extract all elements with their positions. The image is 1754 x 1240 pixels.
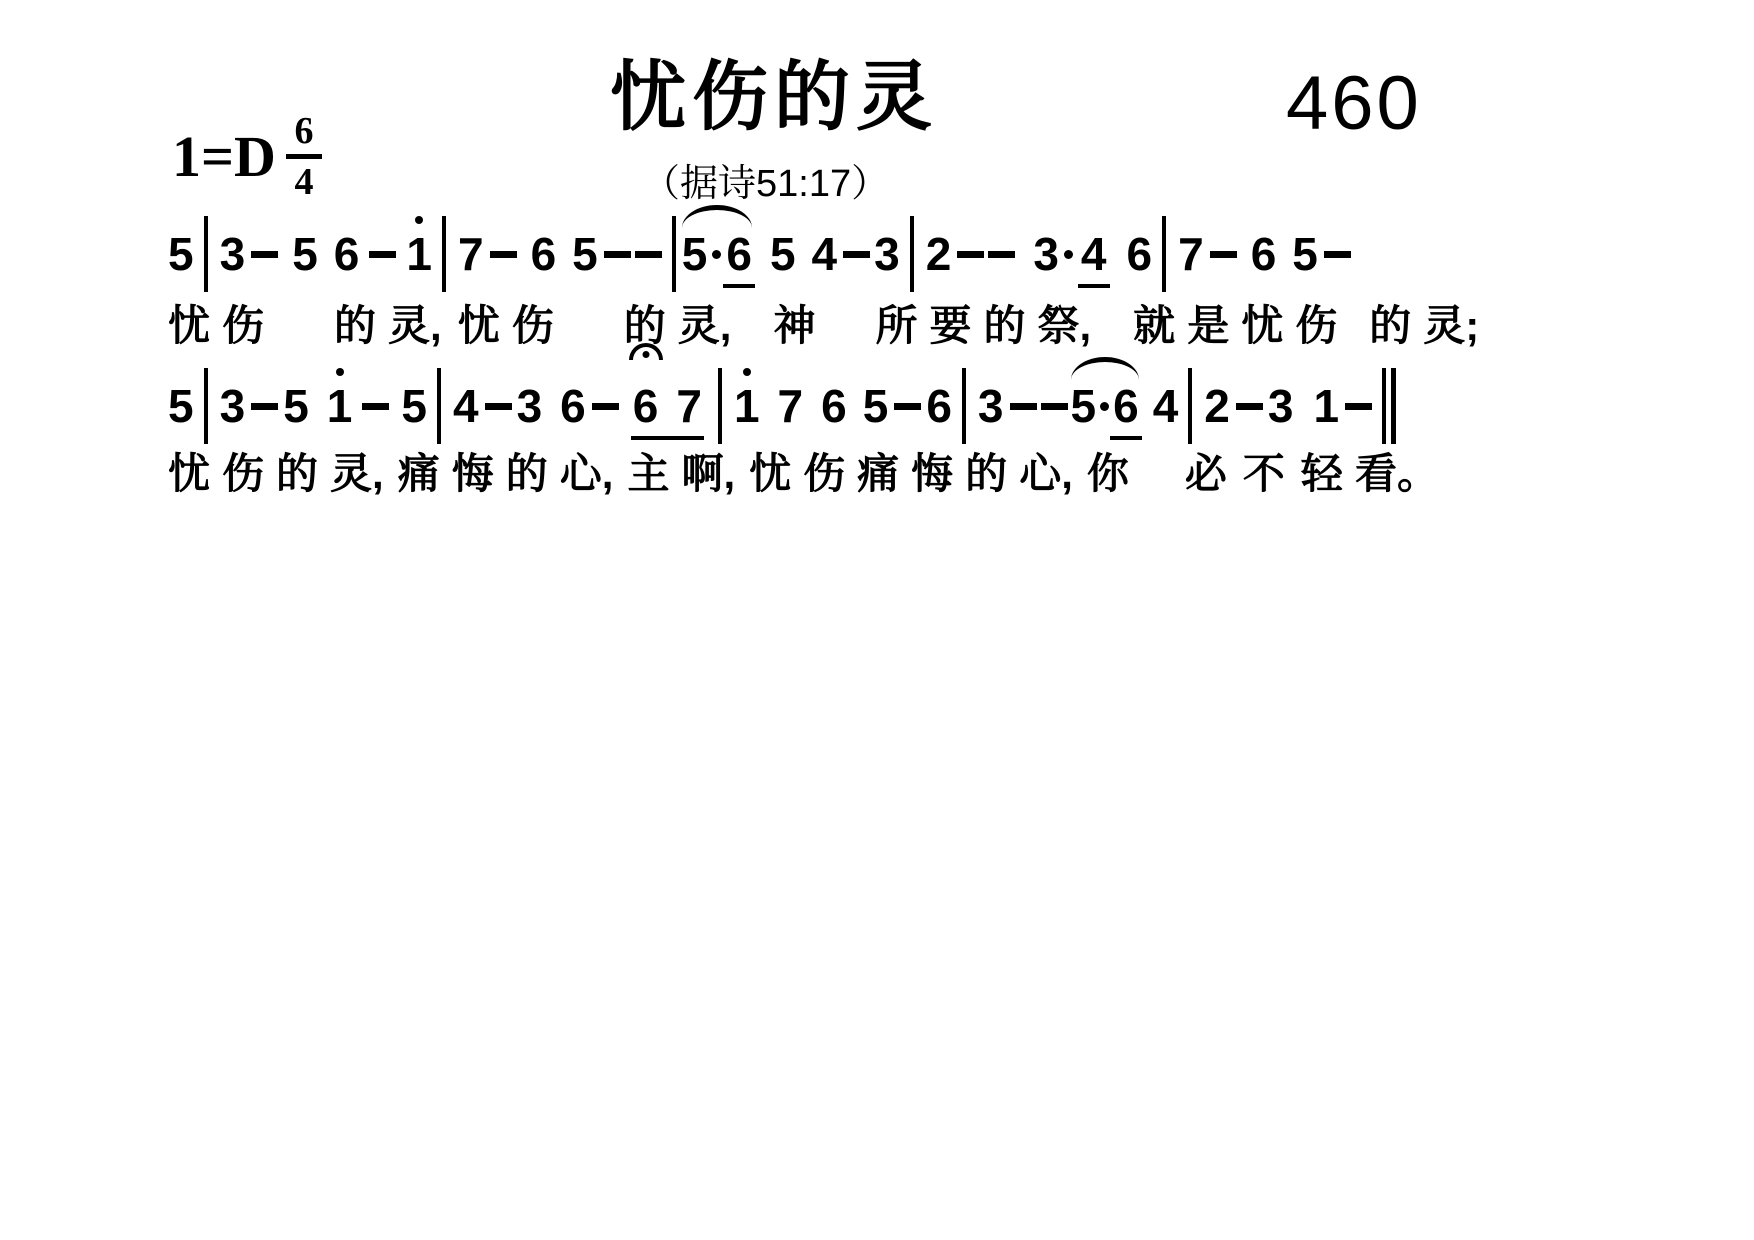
note: 7 [1178, 229, 1204, 279]
note-digit: 3 [220, 381, 246, 431]
octave-dot [415, 216, 423, 224]
lyric-syllable: 必 [1185, 448, 1227, 501]
hymn-sheet-page: 460 忧伤的灵 （据诗51:17） 1=D 6 4 5356176556543… [0, 0, 1754, 1240]
note-digit: 1 [406, 229, 432, 279]
note: 5 [572, 229, 598, 279]
note: 6 [1251, 229, 1277, 279]
note-digit: 6 [821, 381, 847, 431]
duration-dash [1210, 251, 1237, 258]
duration-dash [635, 251, 662, 258]
augmentation-dot [712, 250, 721, 259]
note-digit: 2 [1204, 381, 1230, 431]
note: 1 [327, 381, 353, 431]
lyric-syllable: 伤 [803, 448, 845, 501]
barline [437, 368, 441, 444]
note: 5 [770, 229, 796, 279]
note-digit: 3 [220, 229, 246, 279]
note: 5 [283, 381, 309, 431]
note-digit: 4 [453, 381, 479, 431]
lyric-syllable: 伤 [222, 448, 264, 501]
note: 2 [926, 229, 952, 279]
slur-arc [1071, 357, 1139, 380]
note: 4 [453, 381, 479, 431]
note: 6 [531, 229, 557, 279]
final-bar-thick [1391, 368, 1396, 444]
lyric-syllable: 的 [965, 448, 1007, 501]
note: 1 [406, 229, 432, 279]
note-digit: 6 [1251, 229, 1277, 279]
lyric-syllable: 忧 [168, 448, 210, 501]
meter-fraction: 6 4 [286, 112, 322, 201]
lyric-syllable: 痛 [398, 448, 440, 501]
lyric-syllable: 灵, [388, 300, 442, 353]
notation-line-1: 53561765565432346765 [168, 226, 1351, 282]
note-digit: 5 [770, 229, 796, 279]
duration-dash [1041, 403, 1068, 410]
note-digit: 1 [1313, 381, 1339, 431]
note-digit: 5 [283, 381, 309, 431]
note-digit: 7 [676, 381, 702, 431]
note-digit: 5 [168, 229, 194, 279]
duration-dash [490, 251, 517, 258]
note: 4 [1081, 229, 1107, 279]
lyric-syllable: 的 [334, 300, 376, 353]
note: 3 [517, 381, 543, 431]
duration-dash [251, 403, 278, 410]
duration-dash [1324, 251, 1351, 258]
lyric-syllable: 忧 [749, 448, 791, 501]
key-tonic-label: 1=D [172, 128, 276, 186]
note-digit: 4 [812, 229, 838, 279]
song-subtitle: （据诗51:17） [642, 162, 889, 208]
note-digit: 6 [334, 229, 360, 279]
barline [1188, 368, 1192, 444]
lyric-syllable: 的 [506, 448, 548, 501]
lyric-syllable: 神 [773, 300, 815, 353]
note-digit: 3 [1033, 229, 1059, 279]
duration-dash [1236, 403, 1263, 410]
lyric-syllable: 的 [983, 300, 1025, 353]
note-digit: 6 [633, 381, 659, 431]
note-digit: 7 [1178, 229, 1204, 279]
duration-dash [988, 251, 1015, 258]
note: 6 [560, 381, 586, 431]
note-digit: 3 [874, 229, 900, 279]
note: 4 [1153, 381, 1179, 431]
note: 6 [926, 381, 952, 431]
barline [672, 216, 676, 292]
lyric-syllable: 祭, [1038, 300, 1092, 353]
lyric-syllable: 的 [276, 448, 318, 501]
duration-dash [957, 251, 984, 258]
duration-dash [485, 403, 512, 410]
meter-denominator: 4 [294, 163, 313, 201]
lyric-syllable: 看。 [1355, 448, 1439, 501]
note-digit: 1 [327, 381, 353, 431]
slur-arc [682, 205, 752, 228]
note-digit: 5 [1292, 229, 1318, 279]
lyric-syllable: 忧 [168, 300, 210, 353]
duration-dash [843, 251, 870, 258]
duration-dash [592, 403, 619, 410]
lyric-syllable: 忧 [458, 300, 500, 353]
barline [204, 216, 208, 292]
duration-dash [1345, 403, 1372, 410]
duration-dash [1010, 403, 1037, 410]
note: 3 [1268, 381, 1294, 431]
note: 6 [1113, 381, 1139, 431]
note-digit: 6 [726, 229, 752, 279]
notation-line-2: 5351543667176563564231 [168, 378, 1396, 434]
note: 3 [1033, 229, 1059, 279]
note: 2 [1204, 381, 1230, 431]
barline [962, 368, 966, 444]
lyric-syllable: 悔 [452, 448, 494, 501]
note-digit: 3 [517, 381, 543, 431]
note: 7 [458, 229, 484, 279]
lyric-syllable: 就 [1133, 300, 1175, 353]
note-digit: 3 [1268, 381, 1294, 431]
note: 6 [1127, 229, 1153, 279]
note: 6 [633, 381, 659, 431]
note-digit: 6 [1127, 229, 1153, 279]
lyric-syllable: 伤 [222, 300, 264, 353]
lyric-syllable: 灵; [1423, 300, 1479, 353]
lyric-syllable: 伤 [1295, 300, 1337, 353]
slur-group: 56 [682, 229, 752, 279]
beam-group: 67 [633, 381, 702, 431]
lyric-syllable: 所 [875, 300, 917, 353]
lyric-syllable: 灵, [330, 448, 384, 501]
duration-dash [251, 251, 278, 258]
note-digit: 5 [572, 229, 598, 279]
note: 5 [168, 229, 194, 279]
lyric-syllable: 痛 [857, 448, 899, 501]
note: 3 [220, 381, 246, 431]
note: 1 [734, 381, 760, 431]
lyric-syllable: 心, [560, 448, 614, 501]
song-title: 忧伤的灵 [610, 60, 938, 136]
note: 3 [874, 229, 900, 279]
lyric-syllable: 要 [929, 300, 971, 353]
lyric-syllable: 你 [1087, 448, 1129, 501]
note-digit: 1 [734, 381, 760, 431]
lyric-syllable: 轻 [1301, 448, 1343, 501]
note: 4 [812, 229, 838, 279]
note: 5 [401, 381, 427, 431]
page-number: 460 [1286, 66, 1422, 142]
lyric-syllable: 啊, [681, 448, 735, 501]
duration-dash [894, 403, 921, 410]
lyric-syllable: 忧 [1241, 300, 1283, 353]
note: 6 [334, 229, 360, 279]
note-digit: 5 [168, 381, 194, 431]
note: 5 [168, 381, 194, 431]
note: 1 [1313, 381, 1339, 431]
lyrics-line-2: 忧伤的灵,痛悔的心,主啊,忧伤痛悔的心,你必不轻看。 [168, 448, 1439, 501]
lyric-syllable: 是 [1187, 300, 1229, 353]
lyric-syllable: 主 [627, 448, 669, 501]
duration-dash [604, 251, 631, 258]
lyric-syllable: 灵, [678, 300, 732, 353]
key-signature: 1=D 6 4 [172, 112, 322, 201]
barline [204, 368, 208, 444]
note-digit: 7 [778, 381, 804, 431]
note-digit: 6 [531, 229, 557, 279]
final-barline [1382, 368, 1396, 444]
lyric-syllable: 悔 [911, 448, 953, 501]
barline [442, 216, 446, 292]
augmentation-dot [1064, 250, 1073, 259]
note-digit: 5 [1071, 381, 1097, 431]
slur-group: 56 [1071, 381, 1139, 431]
note-digit: 6 [1113, 381, 1139, 431]
lyric-syllable: 伤 [512, 300, 554, 353]
note: 5 [1292, 229, 1318, 279]
note-digit: 6 [560, 381, 586, 431]
note-digit: 7 [458, 229, 484, 279]
barline [1162, 216, 1166, 292]
barline [910, 216, 914, 292]
final-bar-thin [1382, 368, 1386, 444]
note: 7 [676, 381, 702, 431]
note-digit: 4 [1153, 381, 1179, 431]
barline [718, 368, 722, 444]
octave-dot [336, 368, 344, 376]
note-digit: 5 [863, 381, 889, 431]
duration-dash [369, 251, 396, 258]
note: 5 [682, 229, 708, 279]
note: 3 [220, 229, 246, 279]
meter-numerator: 6 [294, 112, 313, 150]
lyric-syllable: 的 [1369, 300, 1411, 353]
note: 3 [978, 381, 1004, 431]
note-digit: 5 [401, 381, 427, 431]
note-digit: 6 [926, 381, 952, 431]
fraction-bar [286, 154, 322, 159]
note: 6 [726, 229, 752, 279]
note: 6 [821, 381, 847, 431]
octave-dot [743, 368, 751, 376]
note: 5 [863, 381, 889, 431]
lyric-syllable: 心, [1019, 448, 1073, 501]
augmentation-dot [1100, 402, 1109, 411]
note-digit: 5 [682, 229, 708, 279]
note-digit: 5 [292, 229, 318, 279]
note: 7 [778, 381, 804, 431]
duration-dash [362, 403, 389, 410]
note: 5 [292, 229, 318, 279]
note-digit: 3 [978, 381, 1004, 431]
note-digit: 2 [926, 229, 952, 279]
note-digit: 4 [1081, 229, 1107, 279]
lyrics-line-1: 忧伤的灵,忧伤的灵,神所要的祭,就是忧伤的灵; [168, 300, 1479, 353]
lyric-syllable: 不 [1243, 448, 1285, 501]
note: 5 [1071, 381, 1097, 431]
